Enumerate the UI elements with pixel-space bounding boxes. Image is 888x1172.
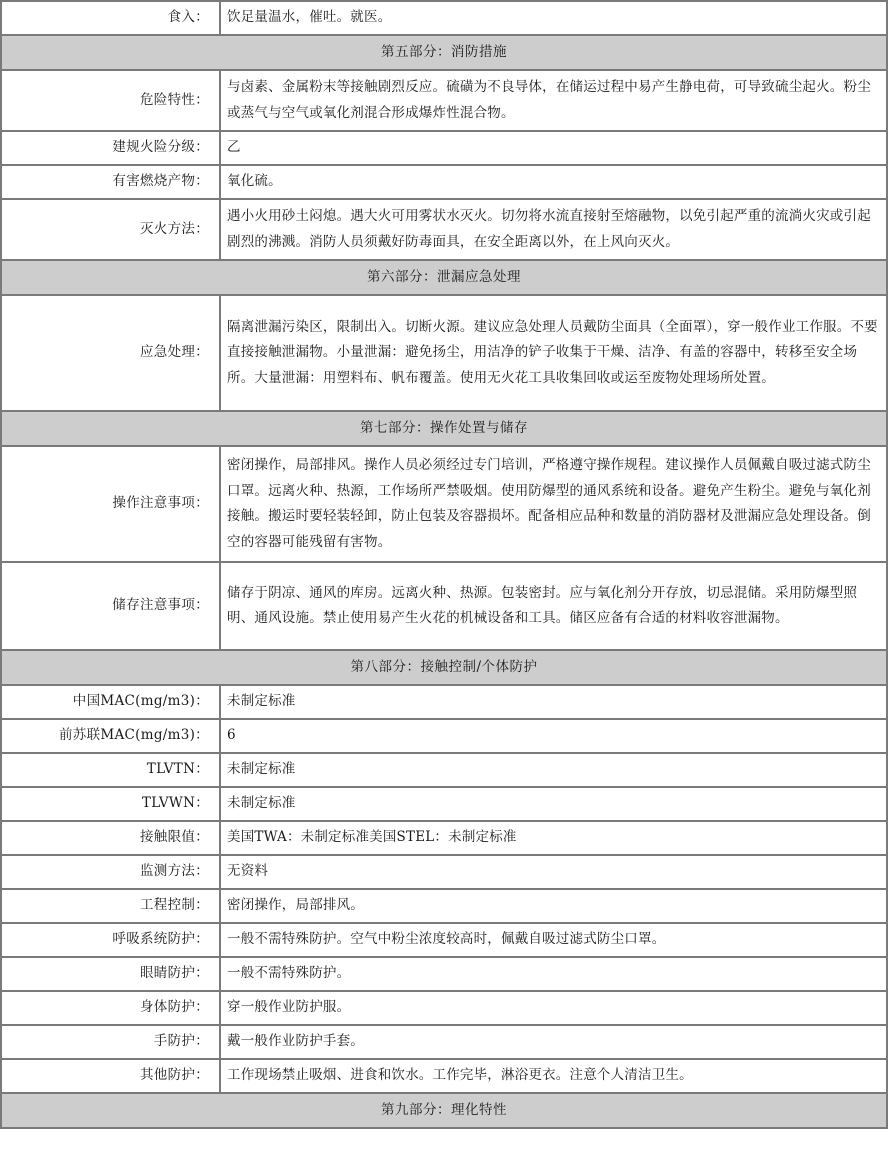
section-title: 第七部分：操作处置与储存	[1, 411, 887, 446]
field-value: 一般不需特殊防护。	[220, 957, 887, 991]
field-label: 前苏联MAC(mg/m3)：	[1, 719, 220, 753]
field-value: 与卤素、金属粉末等接触剧烈反应。硫磺为不良导体，在储运过程中易产生静电荷，可导致…	[220, 70, 887, 131]
field-value: 密闭操作，局部排风。	[220, 889, 887, 923]
field-value: 饮足量温水，催吐。就医。	[220, 1, 887, 35]
field-value: 储存于阴凉、通风的库房。远离火种、热源。包装密封。应与氧化剂分开存放，切忌混储。…	[220, 562, 887, 650]
section-header-6: 第六部分：泄漏应急处理	[1, 260, 887, 295]
field-label: 呼吸系统防护：	[1, 923, 220, 957]
section-header-5: 第五部分：消防措施	[1, 35, 887, 70]
field-value: 隔离泄漏污染区，限制出入。切断火源。建议应急处理人员戴防尘面具（全面罩），穿一般…	[220, 295, 887, 411]
field-value: 6	[220, 719, 887, 753]
section-header-9: 第九部分：理化特性	[1, 1093, 887, 1128]
field-value: 美国TWA：未制定标准美国STEL：未制定标准	[220, 821, 887, 855]
row-eye-protection: 眼睛防护： 一般不需特殊防护。	[1, 957, 887, 991]
row-fire-risk-class: 建规火险分级： 乙	[1, 131, 887, 165]
field-value: 无资料	[220, 855, 887, 889]
field-value: 穿一般作业防护服。	[220, 991, 887, 1025]
row-ingestion: 食入： 饮足量温水，催吐。就医。	[1, 1, 887, 35]
field-value: 一般不需特殊防护。空气中粉尘浓度较高时，佩戴自吸过滤式防尘口罩。	[220, 923, 887, 957]
field-label: 监测方法：	[1, 855, 220, 889]
row-china-mac: 中国MAC(mg/m3)： 未制定标准	[1, 685, 887, 719]
field-value: 戴一般作业防护手套。	[220, 1025, 887, 1059]
field-value: 密闭操作，局部排风。操作人员必须经过专门培训，严格遵守操作规程。建议操作人员佩戴…	[220, 446, 887, 562]
row-body-protection: 身体防护： 穿一般作业防护服。	[1, 991, 887, 1025]
field-label: 建规火险分级：	[1, 131, 220, 165]
field-label: 手防护：	[1, 1025, 220, 1059]
field-label: 工程控制：	[1, 889, 220, 923]
row-combustion-products: 有害燃烧产物： 氧化硫。	[1, 165, 887, 199]
msds-document: 食入： 饮足量温水，催吐。就医。 第五部分：消防措施 危险特性： 与卤素、金属粉…	[0, 0, 888, 1129]
field-label: 应急处理：	[1, 295, 220, 411]
field-label: TLVTN：	[1, 753, 220, 787]
field-label: 眼睛防护：	[1, 957, 220, 991]
row-hazard-characteristics: 危险特性： 与卤素、金属粉末等接触剧烈反应。硫磺为不良导体，在储运过程中易产生静…	[1, 70, 887, 131]
section-title: 第五部分：消防措施	[1, 35, 887, 70]
row-monitoring-method: 监测方法： 无资料	[1, 855, 887, 889]
row-tlvtn: TLVTN： 未制定标准	[1, 753, 887, 787]
field-label: 身体防护：	[1, 991, 220, 1025]
section-title: 第八部分：接触控制/个体防护	[1, 650, 887, 685]
row-exposure-limits: 接触限值： 美国TWA：未制定标准美国STEL：未制定标准	[1, 821, 887, 855]
field-label: 有害燃烧产物：	[1, 165, 220, 199]
field-label: 储存注意事项：	[1, 562, 220, 650]
field-label: 中国MAC(mg/m3)：	[1, 685, 220, 719]
field-label: TLVWN：	[1, 787, 220, 821]
field-label: 其他防护：	[1, 1059, 220, 1093]
field-value: 未制定标准	[220, 787, 887, 821]
row-extinguishing-method: 灭火方法： 遇小火用砂土闷熄。遇大火可用雾状水灭火。切勿将水流直接射至熔融物，以…	[1, 199, 887, 260]
row-emergency-response: 应急处理： 隔离泄漏污染区，限制出入。切断火源。建议应急处理人员戴防尘面具（全面…	[1, 295, 887, 411]
row-hand-protection: 手防护： 戴一般作业防护手套。	[1, 1025, 887, 1059]
field-label: 灭火方法：	[1, 199, 220, 260]
row-tlvwn: TLVWN： 未制定标准	[1, 787, 887, 821]
field-label: 危险特性：	[1, 70, 220, 131]
section-title: 第六部分：泄漏应急处理	[1, 260, 887, 295]
section-title: 第九部分：理化特性	[1, 1093, 887, 1128]
field-label: 食入：	[1, 1, 220, 35]
section-header-7: 第七部分：操作处置与储存	[1, 411, 887, 446]
row-ussr-mac: 前苏联MAC(mg/m3)： 6	[1, 719, 887, 753]
row-storage-precautions: 储存注意事项： 储存于阴凉、通风的库房。远离火种、热源。包装密封。应与氧化剂分开…	[1, 562, 887, 650]
field-value: 遇小火用砂土闷熄。遇大火可用雾状水灭火。切勿将水流直接射至熔融物，以免引起严重的…	[220, 199, 887, 260]
msds-table: 食入： 饮足量温水，催吐。就医。 第五部分：消防措施 危险特性： 与卤素、金属粉…	[0, 0, 888, 1129]
field-value: 氧化硫。	[220, 165, 887, 199]
row-respiratory-protection: 呼吸系统防护： 一般不需特殊防护。空气中粉尘浓度较高时，佩戴自吸过滤式防尘口罩。	[1, 923, 887, 957]
row-other-protection: 其他防护： 工作现场禁止吸烟、进食和饮水。工作完毕，淋浴更衣。注意个人清洁卫生。	[1, 1059, 887, 1093]
field-value: 未制定标准	[220, 753, 887, 787]
field-value: 乙	[220, 131, 887, 165]
row-handling-precautions: 操作注意事项： 密闭操作，局部排风。操作人员必须经过专门培训，严格遵守操作规程。…	[1, 446, 887, 562]
field-value: 未制定标准	[220, 685, 887, 719]
section-header-8: 第八部分：接触控制/个体防护	[1, 650, 887, 685]
row-engineering-control: 工程控制： 密闭操作，局部排风。	[1, 889, 887, 923]
field-label: 接触限值：	[1, 821, 220, 855]
field-label: 操作注意事项：	[1, 446, 220, 562]
field-value: 工作现场禁止吸烟、进食和饮水。工作完毕，淋浴更衣。注意个人清洁卫生。	[220, 1059, 887, 1093]
